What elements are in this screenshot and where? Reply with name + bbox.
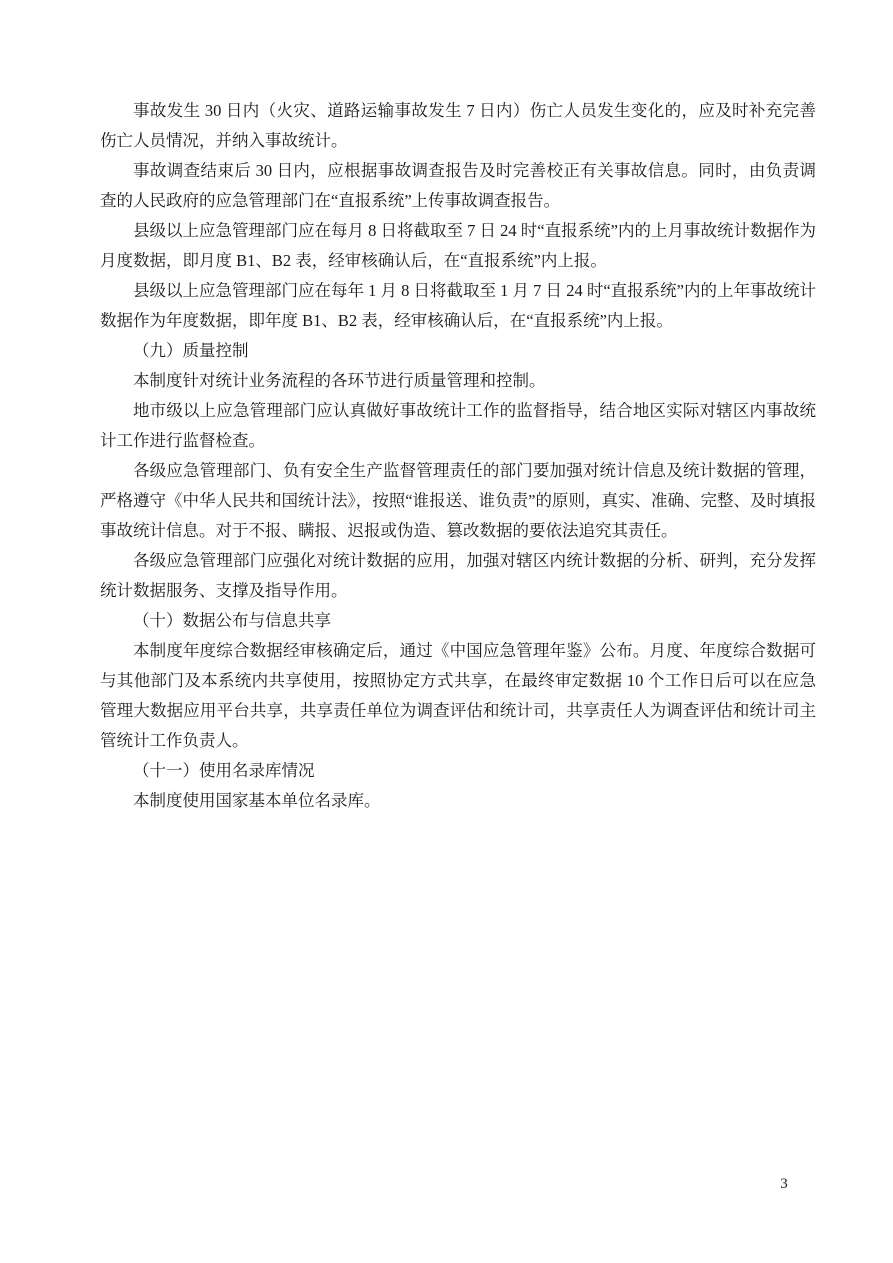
- paragraph: 各级应急管理部门、负有安全生产监督管理责任的部门要加强对统计信息及统计数据的管理…: [100, 456, 816, 546]
- section-heading: （十）数据公布与信息共享: [100, 606, 816, 636]
- document-page: 事故发生 30 日内（火灾、道路运输事故发生 7 日内）伤亡人员发生变化的，应及…: [0, 0, 893, 1263]
- section-heading: （十一）使用名录库情况: [100, 756, 816, 786]
- paragraph: 本制度针对统计业务流程的各环节进行质量管理和控制。: [100, 366, 816, 396]
- paragraph: 地市级以上应急管理部门应认真做好事故统计工作的监督指导，结合地区实际对辖区内事故…: [100, 396, 816, 456]
- paragraph: 县级以上应急管理部门应在每年 1 月 8 日将截取至 1 月 7 日 24 时“…: [100, 276, 816, 336]
- paragraph: 县级以上应急管理部门应在每月 8 日将截取至 7 日 24 时“直报系统”内的上…: [100, 216, 816, 276]
- paragraph: 事故发生 30 日内（火灾、道路运输事故发生 7 日内）伤亡人员发生变化的，应及…: [100, 96, 816, 156]
- paragraph: 本制度年度综合数据经审核确定后，通过《中国应急管理年鉴》公布。月度、年度综合数据…: [100, 636, 816, 756]
- document-body: 事故发生 30 日内（火灾、道路运输事故发生 7 日内）伤亡人员发生变化的，应及…: [100, 96, 816, 816]
- paragraph: 本制度使用国家基本单位名录库。: [100, 786, 816, 816]
- section-heading: （九）质量控制: [100, 336, 816, 366]
- page-number: 3: [770, 1174, 798, 1194]
- paragraph: 事故调查结束后 30 日内，应根据事故调查报告及时完善校正有关事故信息。同时，由…: [100, 156, 816, 216]
- paragraph: 各级应急管理部门应强化对统计数据的应用，加强对辖区内统计数据的分析、研判，充分发…: [100, 546, 816, 606]
